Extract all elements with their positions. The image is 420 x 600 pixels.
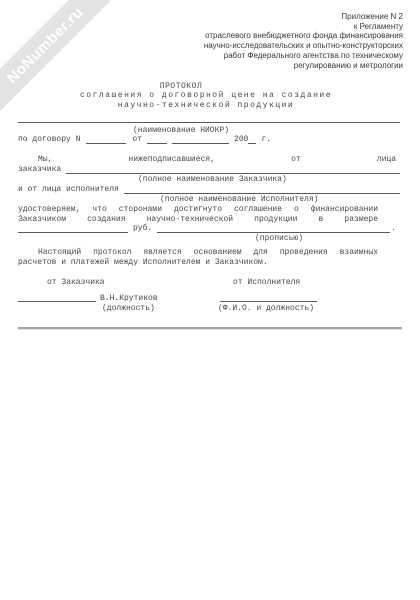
period: . bbox=[391, 224, 396, 234]
doc-subtitle-1: соглашения о договорной цене на создание bbox=[18, 91, 394, 101]
doc-subtitle-2: научно-технической продукции bbox=[18, 101, 394, 111]
customer-signature-header: от Заказчика bbox=[47, 278, 105, 288]
customer-name: В.Н.Крутиков bbox=[100, 294, 158, 304]
niokr-name-blank bbox=[18, 122, 400, 123]
header-line: научно-исследовательских и опытно-констр… bbox=[204, 41, 403, 51]
watermark-text: NoNumber.ru bbox=[3, 3, 86, 86]
customer-caption: (полное наименование Заказчика) bbox=[138, 175, 287, 185]
customer-signature-blank bbox=[18, 301, 96, 302]
document-page: NoNumber.ru Приложение N 2 к Регламенту … bbox=[0, 0, 420, 600]
we-line: Мы, нижеподписавшиеся, от лица bbox=[38, 155, 396, 165]
propisyu-caption: (прописью) bbox=[255, 234, 303, 244]
customer-name-blank bbox=[66, 173, 400, 174]
customer-signature-caption: (должность) bbox=[102, 304, 155, 314]
executor-caption: (полное наименование Исполнителя) bbox=[160, 195, 318, 205]
executor-signature-caption: (Ф.И.О. и должность) bbox=[218, 304, 314, 314]
basis-line-2: расчетов и платежей между Исполнителем и… bbox=[18, 258, 268, 268]
executor-signature-header: от Исполнителя bbox=[233, 278, 300, 288]
amount-blanks-line: руб. . bbox=[18, 224, 396, 234]
basis-line-1: Настоящий протокол является основанием д… bbox=[38, 248, 378, 258]
executor-name-blank bbox=[124, 193, 400, 194]
year-suffix: г. bbox=[261, 135, 271, 145]
day-blank bbox=[147, 143, 167, 144]
month-blank bbox=[172, 143, 229, 144]
year-blank bbox=[248, 143, 256, 144]
signature-row: В.Н.Крутиков bbox=[18, 294, 396, 304]
executor-label: и от лица исполнителя bbox=[18, 185, 119, 195]
bottom-divider bbox=[18, 327, 402, 329]
header-line: регулированию и метрологии bbox=[204, 61, 403, 71]
year-label: 200 bbox=[234, 135, 248, 145]
amount-words-blank bbox=[157, 232, 390, 233]
rub-label: руб. bbox=[133, 224, 152, 234]
header-line: работ Федерального агентства по техничес… bbox=[204, 51, 403, 61]
appendix-header: Приложение N 2 к Регламенту отраслевого … bbox=[204, 12, 403, 70]
from-label: от bbox=[132, 135, 142, 145]
contract-line: по договору N от 200 г. bbox=[18, 135, 396, 145]
customer-line: заказчика bbox=[18, 165, 400, 175]
customer-label: заказчика bbox=[18, 165, 61, 175]
executor-line: и от лица исполнителя bbox=[18, 185, 400, 195]
header-line: Приложение N 2 bbox=[204, 12, 403, 22]
executor-signature-blank bbox=[220, 301, 317, 302]
header-line: к Регламенту bbox=[204, 22, 403, 32]
certify-line: удостоверяем, что сторонами достигнуто с… bbox=[18, 205, 378, 215]
contract-prefix: по договору N bbox=[18, 135, 80, 145]
header-line: отраслевого внебюджетного фонда финансир… bbox=[204, 31, 403, 41]
amount-line: Заказчиком создания научно-технической п… bbox=[18, 215, 378, 225]
amount-digits-blank bbox=[18, 232, 128, 233]
contract-number-blank bbox=[86, 143, 126, 144]
